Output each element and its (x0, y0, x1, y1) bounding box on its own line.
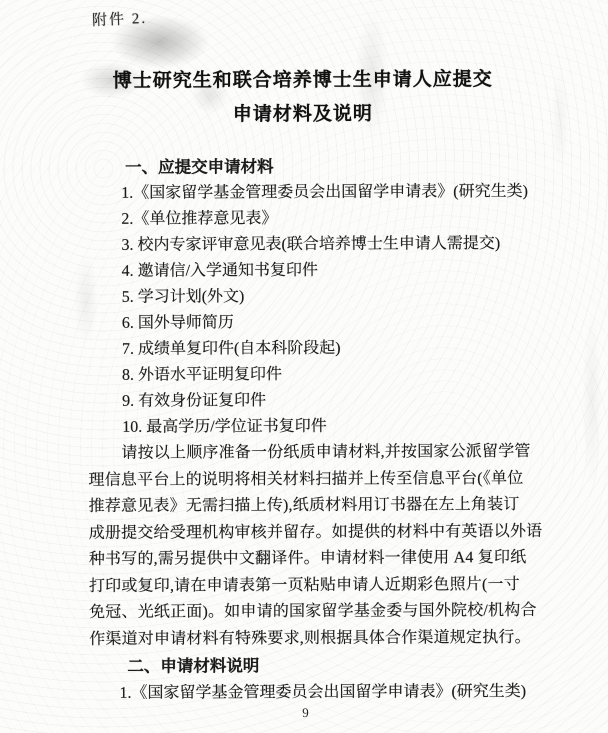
document-title-line2: 申请材料及说明 (0, 97, 607, 134)
list-item: 1.《国家留学基金管理委员会出国留学申请表》(研究生类) (89, 678, 527, 707)
paragraph-line: 理信息平台上的说明将相关材料扫描并上传至信息平台(《单位 (88, 466, 526, 494)
list-item: 3. 校内专家评审意见表(联合培养博士生申请人需提交) (87, 231, 525, 259)
paragraph-line: 种书写的,需另提供中文翻译件。申请材料一律使用 A4 复印纸 (89, 545, 527, 573)
document-content: 一、应提交申请材料 1.《国家留学基金管理委员会出国留学申请表》(研究生类) 2… (87, 153, 527, 707)
list-item: 1.《国家留学基金管理委员会出国留学申请表》(研究生类) (87, 179, 525, 207)
list-item: 5. 学习计划(外文) (88, 283, 526, 311)
scanned-document-page: 附件 2. 博士研究生和联合培养博士生申请人应提交 申请材料及说明 一、应提交申… (0, 0, 608, 733)
paragraph-line: 成册提交给受理机构审核并留存。如提供的材料中有英语以外语 (89, 519, 527, 547)
paragraph-line: 推荐意见表》无需扫描上传),纸质材料用订书器在左上角装订 (89, 492, 527, 520)
paragraph-line: 作渠道对申请材料有特殊要求,则根据具体合作渠道规定执行。 (89, 625, 527, 653)
list-item: 4. 邀请信/入学通知书复印件 (88, 257, 526, 285)
page-number: 9 (1, 704, 608, 723)
list-item: 8. 外语水平证明复印件 (88, 361, 526, 389)
paragraph-line: 请按以上顺序准备一份纸质申请材料,并按国家公派留学管 (88, 439, 526, 467)
section2-heading: 二、申请材料说明 (89, 651, 527, 680)
document-title-line1: 博士研究生和联合培养博士生申请人应提交 (0, 63, 607, 100)
list-item: 9. 有效身份证复印件 (88, 387, 526, 415)
list-item: 10. 最高学历/学位证书复印件 (88, 413, 526, 441)
paragraph-line: 打印或复印,请在申请表第一页粘贴申请人近期彩色照片(一寸 (89, 572, 527, 600)
paragraph-line: 免冠、光纸正面)。如申请的国家留学基金委与国外院校/机构合 (89, 598, 527, 626)
document-title: 博士研究生和联合培养博士生申请人应提交 申请材料及说明 (0, 63, 607, 134)
list-item: 6. 国外导师简历 (88, 309, 526, 337)
list-item: 2.《单位推荐意见表》 (87, 205, 525, 233)
list-item: 7. 成绩单复印件(自本科阶段起) (88, 335, 526, 363)
section1-heading: 一、应提交申请材料 (87, 153, 525, 181)
document-body: 博士研究生和联合培养博士生申请人应提交 申请材料及说明 一、应提交申请材料 1.… (0, 0, 608, 733)
